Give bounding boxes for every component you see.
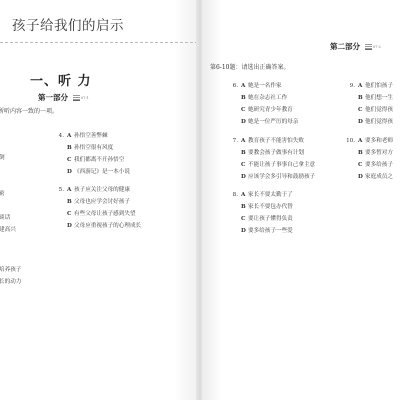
option-text: 《西游记》是一本小说 — [74, 169, 130, 175]
question-4: 4.A孙悟空善弊棘 B孙悟空很有风度 C我们都离不开孙悟空 D《西游记》是一本小… — [52, 130, 130, 178]
option-text: 要让孩子懂得负责 — [248, 216, 293, 222]
question-5: 5.A孩子应关注父母的健康 B父母也应学会讨好孩子 C有些父母让孩子感到失望 D… — [52, 184, 141, 232]
option-text: 有些父母让孩子感到失望 — [74, 211, 136, 217]
cut-off-text: 培养孩子 — [0, 265, 21, 273]
question-7: 7.A教育孩子不能害怕失败 B要教会孩子做事有计划 C不能让孩子事事自己拿主意 … — [226, 135, 315, 183]
option-text: 要多给孩子 — [365, 162, 393, 168]
option-text: 他们觉得孩 — [365, 119, 393, 125]
option-text: 他们想一生 — [365, 95, 393, 101]
option-text: 要多给孩子一些爱 — [248, 228, 293, 234]
book-spread: 孩子给我们的启示 一、听 力 第一部分 07-1 所听内容一致的一项。 倒 密 … — [0, 0, 400, 400]
option-text: 他们怕孩子 — [365, 83, 393, 89]
instruction-text: 第6-10题：请选出正确答案。 — [210, 62, 289, 71]
audio-track-badge: 07-2 — [365, 44, 381, 50]
question-9: 9.A他们怕孩子 B他们想一生 C他们觉得孩 D他们觉得孩 — [343, 80, 393, 128]
option-text: 父母也应学会讨好孩子 — [74, 199, 130, 205]
question-6: 6.A她是一名作家 B她在杂志社工作 C她研究青少年教育 D她是一位严厉的母亲 — [226, 80, 298, 128]
audio-icon — [365, 44, 372, 50]
option-text: 要多和老师 — [365, 138, 393, 144]
option-text: 她是一名作家 — [248, 83, 282, 89]
option-text: 不能让孩子事事自己拿主意 — [248, 162, 315, 168]
dashed-divider — [0, 42, 198, 43]
option-text: 家长不要包办代替 — [248, 204, 293, 210]
cut-off-text: 谈话 — [0, 213, 10, 221]
option-text: 应该学会多引导和鼓励孩子 — [248, 174, 315, 180]
option-text: 孙悟空善弊棘 — [74, 133, 108, 139]
cut-off-text: 密 — [0, 189, 5, 197]
option-text: 她在杂志社工作 — [248, 95, 287, 101]
option-text: 父母应重视孩子的心理成长 — [74, 223, 141, 229]
chapter-title: 孩子给我们的启示 — [12, 14, 124, 34]
option-text: 家庭成员之 — [365, 174, 393, 180]
part-label: 第一部分 — [38, 92, 68, 103]
option-text: 他们觉得孩 — [365, 107, 393, 113]
track-number: 07-2 — [373, 45, 381, 49]
option-text: 家长不要太勤于了 — [248, 192, 293, 198]
option-text: 我们都离不开孙悟空 — [74, 157, 124, 163]
part-label: 第二部分 — [330, 41, 360, 52]
section-title: 一、听 力 — [30, 70, 92, 89]
part-two-heading: 第二部分 07-2 — [330, 41, 381, 52]
part-one-heading: 第一部分 07-1 — [38, 92, 89, 103]
option-text: 孙悟空很有风度 — [74, 145, 113, 151]
option-text: 她是一位严厉的母亲 — [248, 119, 298, 125]
option-text: 孩子应关注父母的健康 — [74, 187, 130, 193]
cut-off-text: 建高兴 — [0, 225, 16, 233]
left-page: 孩子给我们的启示 一、听 力 第一部分 07-1 所听内容一致的一项。 倒 密 … — [0, 0, 198, 400]
cut-off-text: 倒 — [0, 153, 5, 161]
option-text: 要多暂对方 — [365, 150, 393, 156]
audio-track-badge: 07-1 — [73, 95, 89, 101]
question-10: 10.A要多和老师 B要多暂对方 C要多给孩子 D家庭成员之 — [343, 135, 393, 183]
cut-off-text: 长的动力 — [0, 277, 21, 285]
question-8: 8.A家长不要太勤于了 B家长不要包办代替 C要让孩子懂得负责 D要多给孩子一些… — [226, 189, 293, 237]
option-text: 要教会孩子做事有计划 — [248, 150, 304, 156]
option-text: 她研究青少年教育 — [248, 107, 293, 113]
option-text: 教育孩子不能害怕失败 — [248, 138, 304, 144]
audio-icon — [73, 95, 80, 101]
track-number: 07-1 — [81, 96, 89, 100]
instruction-text: 所听内容一致的一项。 — [0, 106, 58, 115]
